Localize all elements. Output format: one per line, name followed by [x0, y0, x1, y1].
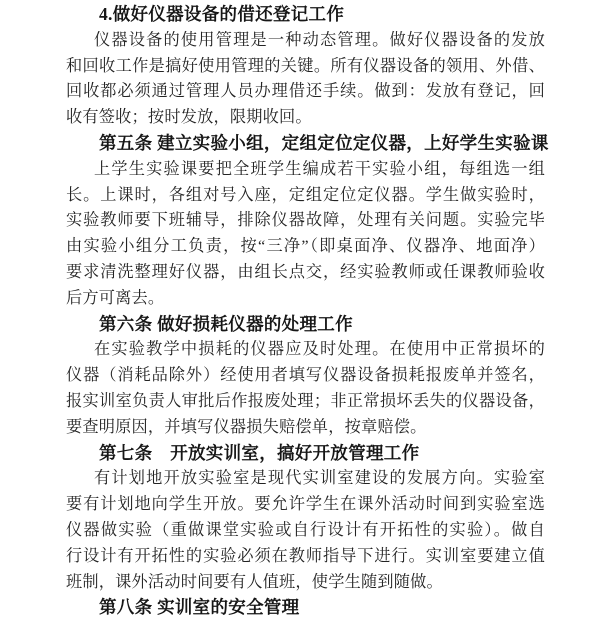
- body-text-line: 收有签收；按时发放，限期收回。: [66, 105, 545, 131]
- body-text-line: 仪器做实验（重做课堂实验或自行设计有开拓性的实验）。做自: [66, 518, 545, 544]
- body-text-line: 上学生实验课要把全班学生编成若干实验小组，每组选一组: [66, 157, 545, 183]
- body-text-line: 回收都必须通过管理人员办理借还手续。做到：发放有登记，回: [66, 79, 545, 105]
- body-text-line: 要查明原因，并填写仪器损失赔偿单，按章赔偿。: [66, 415, 545, 441]
- body-text-line: 要求清洗整理好仪器，由组长点交，经实验教师或任课教师验收: [66, 260, 545, 286]
- body-text-line: 有计划地开放实验室是现代实训室建设的发展方向。实验室: [66, 466, 545, 492]
- document-page: 4.做好仪器设备的借还登记工作仪器设备的使用管理是一种动态管理。做好仪器设备的发…: [0, 0, 589, 620]
- heading-line: 第七条 开放实训室，搞好开放管理工作: [66, 441, 545, 467]
- body-text-line: 长。上课时，各组对号入座，定组定位定仪器。学生做实验时，: [66, 183, 545, 209]
- body-text-line: 要有计划地向学生开放。要允许学生在课外活动时间到实验室选: [66, 492, 545, 518]
- body-text-line: 由实验小组分工负责，按“三净”（即桌面净、仪器净、地面净）: [66, 234, 545, 260]
- body-text-line: 班制，课外活动时间要有人值班，使学生随到随做。: [66, 570, 545, 596]
- body-text-line: 行设计有开拓性的实验必须在教师指导下进行。实训室要建立值: [66, 544, 545, 570]
- heading-line: 第五条 建立实验小组，定组定位定仪器，上好学生实验课: [66, 131, 545, 157]
- heading-line: 第六条 做好损耗仪器的处理工作: [66, 312, 545, 338]
- body-text-line: 报实训室负责人审批后作报废处理；非正常损坏丢失的仪器设备，: [66, 389, 545, 415]
- body-text-line: 仪器设备的使用管理是一种动态管理。做好仪器设备的发放: [66, 28, 545, 54]
- body-text-line: 实验教师要下班辅导，排除仪器故障，处理有关问题。实验完毕: [66, 208, 545, 234]
- body-text-line: 在实验教学中损耗的仪器应及时处理。在使用中正常损坏的: [66, 337, 545, 363]
- document-body: 4.做好仪器设备的借还登记工作仪器设备的使用管理是一种动态管理。做好仪器设备的发…: [66, 2, 545, 620]
- body-text-line: 和回收工作是搞好使用管理的关键。所有仪器设备的领用、外借、: [66, 54, 545, 80]
- heading-line: 4.做好仪器设备的借还登记工作: [66, 2, 545, 28]
- heading-line: 第八条 实训室的安全管理: [66, 595, 545, 620]
- body-text-line: 仪器（消耗品除外）经使用者填写仪器设备损耗报废单并签名，: [66, 363, 545, 389]
- body-text-line: 后方可离去。: [66, 286, 545, 312]
